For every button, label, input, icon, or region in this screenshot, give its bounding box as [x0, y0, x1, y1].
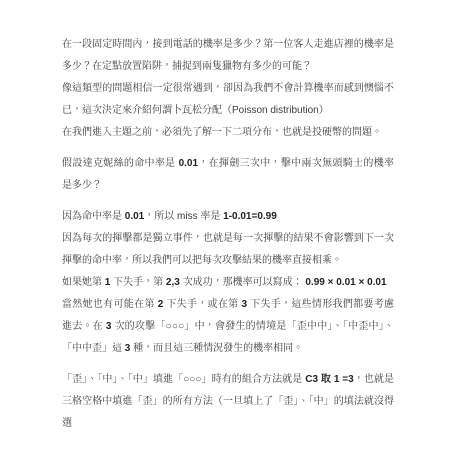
text-segment: 「歪」、「中」、「中」填進「○○○」時有的組合方法就是 [62, 374, 305, 385]
text-segment: 像這類型的問題相信一定很常遇到，卻因為我們不會計算機率而感到懊惱不已，這次決定來… [62, 83, 394, 116]
text-segment: ，所以 miss 率是 [144, 211, 223, 222]
paragraph: 假設達克妮絲的命中率是 0.01，在揮劍三次中，擊中兩次無頭騎士的機率是多少？ [62, 153, 394, 197]
paragraph: 如果她第 1 下失手，第 2,3 次成功，那機率可以寫成： 0.99 × 0.0… [62, 272, 394, 294]
text-segment: 下失手，或在第 [163, 299, 241, 310]
bold-text-segment: 0.01 [125, 211, 144, 222]
paragraph: 「歪」、「中」、「中」填進「○○○」時有的組合方法就是 C3 取 1 =3，也就… [62, 369, 394, 435]
document-page: 在一段固定時間內，接到電話的機率是多少？第一位客人走進店裡的機率是多少？在定點放… [0, 0, 453, 453]
bold-text-segment: 0.01 [179, 158, 198, 169]
text-segment: 因為每次的揮擊都是獨立事件，也就是每一次揮擊的結果不會影響到下一次揮擊的命中率，… [62, 233, 394, 266]
text-segment: 當然她也有可能在第 [62, 299, 158, 310]
text-segment: 因為命中率是 [62, 211, 125, 222]
text-segment: 種，而且這三種情況發生的機率相同。 [130, 343, 303, 354]
text-segment: 在一段固定時間內，接到電話的機率是多少？第一位客人走進店裡的機率是多少？在定點放… [62, 39, 394, 72]
bold-text-segment: C3 取 1 =3 [305, 374, 353, 385]
text-segment: 如果她第 [62, 277, 105, 288]
text-segment: 在我們進入主題之前，必須先了解一下二項分布，也就是投硬幣的問題。 [62, 127, 382, 138]
text-segment: 假設達克妮絲的命中率是 [62, 158, 179, 169]
document-body: 在一段固定時間內，接到電話的機率是多少？第一位客人走進店裡的機率是多少？在定點放… [62, 34, 394, 435]
paragraph: 在我們進入主題之前，必須先了解一下二項分布，也就是投硬幣的問題。 [62, 122, 394, 144]
paragraph: 因為每次的揮擊都是獨立事件，也就是每一次揮擊的結果不會影響到下一次揮擊的命中率，… [62, 228, 394, 272]
paragraph: 當然她也有可能在第 2 下失手，或在第 3 下失手，這些情形我們都要考慮進去。在… [62, 294, 394, 360]
paragraph: 像這類型的問題相信一定很常遇到，卻因為我們不會計算機率而感到懊惱不已，這次決定來… [62, 78, 394, 122]
bold-text-segment: 2,3 [166, 277, 180, 288]
paragraph: 因為命中率是 0.01，所以 miss 率是 1-0.01=0.99 [62, 206, 394, 228]
bold-text-segment: 1-0.01=0.99 [223, 211, 277, 222]
bold-text-segment: 0.99 × 0.01 × 0.01 [305, 277, 386, 288]
paragraph: 在一段固定時間內，接到電話的機率是多少？第一位客人走進店裡的機率是多少？在定點放… [62, 34, 394, 78]
text-segment: 下失手，第 [110, 277, 166, 288]
text-segment: 次成功，那機率可以寫成： [180, 277, 306, 288]
